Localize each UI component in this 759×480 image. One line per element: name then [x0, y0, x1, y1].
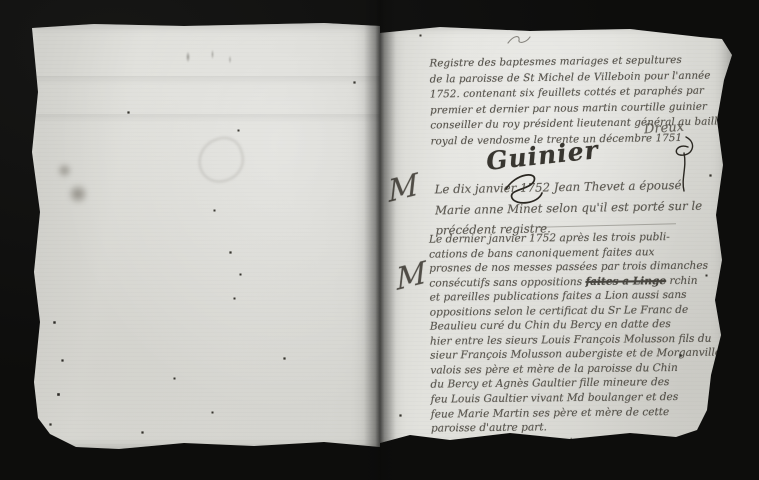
ink-specks	[380, 25, 381, 26]
paper-stain	[68, 183, 88, 205]
right-page: Registre des baptesmes mariages et sepul…	[380, 25, 732, 450]
margin-mark-m: M	[387, 167, 419, 210]
paper-crease	[24, 76, 380, 85]
struck-through-text: faites a Linge	[585, 275, 666, 288]
ink-bleedthrough-mark	[174, 44, 244, 70]
paper-stain	[57, 162, 72, 179]
marriage-entry-2: Le dernier janvier 1752 après les trois …	[429, 229, 730, 450]
margin-annotation: z	[721, 380, 725, 389]
margin-mark-m: M	[395, 255, 427, 298]
paper-crease	[24, 114, 380, 123]
scanned-register-spread: Registre des baptesmes mariages et sepul…	[0, 0, 759, 480]
manuscript-text: consécutifs sans oppositions	[429, 276, 585, 290]
left-page	[24, 22, 380, 453]
pen-flourish-icon	[506, 33, 532, 47]
ink-specks	[24, 22, 25, 23]
ink-bleedthrough-mark	[192, 132, 249, 188]
manuscript-text: rchin	[666, 274, 698, 286]
manuscript-line: nous curé soussigné ayant pris le mutuel…	[431, 433, 730, 451]
